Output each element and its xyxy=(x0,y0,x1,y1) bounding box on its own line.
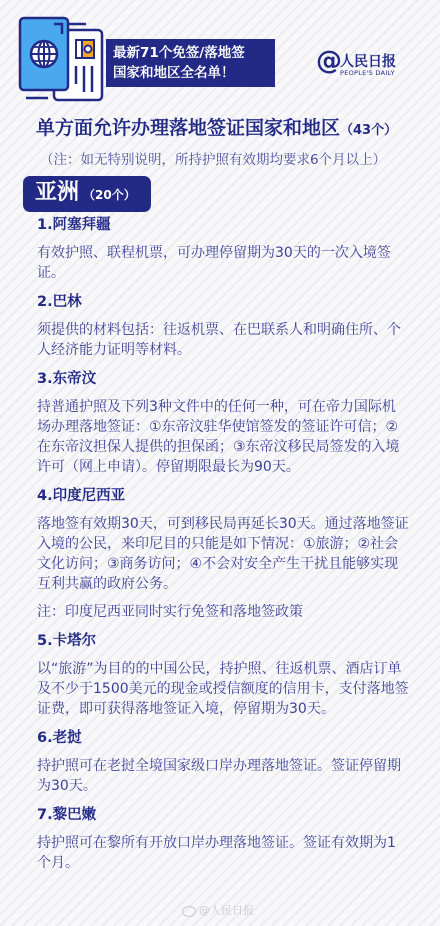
list-item: 2.巴林 须提供的材料包括：往返机票、在巴联系人和明确住所、个人经济能力证明等材… xyxy=(37,291,409,360)
banner-line-2: 国家和地区全名单！ xyxy=(113,63,275,83)
country-title: 3.东帝汶 xyxy=(37,368,409,390)
country-description: 持护照可在老挝全境国家级口岸办理落地签证。签证停留期为30天。 xyxy=(37,756,409,796)
page-title-count: （43个） xyxy=(340,123,397,138)
country-title: 2.巴林 xyxy=(37,291,409,313)
country-title: 4.印度尼西亚 xyxy=(37,485,409,507)
country-description: 有效护照、联程机票，可办理停留期为30天的一次入境签证。 xyxy=(37,243,409,283)
region-name: 亚洲 xyxy=(35,180,79,205)
weibo-watermark: @人民日报 xyxy=(182,902,254,918)
passport-validity-note: （注：如无特别说明，所持护照有效期均要求6个月以上） xyxy=(40,148,386,168)
list-item: 6.老挝 持护照可在老挝全境国家级口岸办理落地签证。签证停留期为30天。 xyxy=(37,727,409,796)
page-title-text: 单方面允许办理落地签证国家和地区 xyxy=(36,117,340,139)
country-list: 1.阿塞拜疆 有效护照、联程机票，可办理停留期为30天的一次入境签证。 2.巴林… xyxy=(37,214,409,881)
list-item: 4.印度尼西亚 落地签有效期30天，可到移民局再延长30天。通过落地签证入境的公… xyxy=(37,485,409,622)
header: 最新71个免签/落地签 国家和地区全名单！ @ 人民日报 PEOPLE'S DA… xyxy=(0,0,440,105)
page-title: 单方面允许办理落地签证国家和地区（43个） xyxy=(36,113,397,140)
list-item: 1.阿塞拜疆 有效护照、联程机票，可办理停留期为30天的一次入境签证。 xyxy=(37,214,409,283)
list-item: 7.黎巴嫩 持护照可在黎所有开放口岸办理落地签证。签证有效期为1个月。 xyxy=(37,804,409,873)
country-title: 6.老挝 xyxy=(37,727,409,749)
country-note: 注：印度尼西亚同时实行免签和落地签政策 xyxy=(37,602,409,622)
watermark-text: @人民日报 xyxy=(199,904,254,917)
country-description: 须提供的材料包括：往返机票、在巴联系人和明确住所、个人经济能力证明等材料。 xyxy=(37,320,409,360)
passport-visa-icon xyxy=(18,14,108,102)
logo-english-text: PEOPLE'S DAILY xyxy=(340,69,395,77)
country-title: 1.阿塞拜疆 xyxy=(37,214,409,236)
region-badge-asia: 亚洲（20个） xyxy=(23,176,151,212)
country-title: 7.黎巴嫩 xyxy=(37,804,409,826)
country-description: 持护照可在黎所有开放口岸办理落地签证。签证有效期为1个月。 xyxy=(37,833,409,873)
weibo-icon xyxy=(182,906,196,917)
country-description: 落地签有效期30天，可到移民局再延长30天。通过落地签证入境的公民，来印尼目的只… xyxy=(37,514,409,594)
region-count: （20个） xyxy=(83,188,136,202)
banner-line-1: 最新71个免签/落地签 xyxy=(113,43,275,63)
logo-chinese-text: 人民日报 xyxy=(340,51,396,71)
country-title: 5.卡塔尔 xyxy=(37,630,409,652)
list-item: 5.卡塔尔 以“旅游”为目的的中国公民，持护照、往返机票、酒店订单及不少于150… xyxy=(37,630,409,719)
country-description: 持普通护照及下列3种文件中的任何一种，可在帝力国际机场办理落地签证：①东帝汶驻华… xyxy=(37,397,409,477)
headline-banner: 最新71个免签/落地签 国家和地区全名单！ xyxy=(106,39,275,87)
country-description: 以“旅游”为目的的中国公民，持护照、往返机票、酒店订单及不少于1500美元的现金… xyxy=(37,659,409,719)
list-item: 3.东帝汶 持普通护照及下列3种文件中的任何一种，可在帝力国际机场办理落地签证：… xyxy=(37,368,409,477)
logo-at-icon: @ xyxy=(316,48,342,74)
peoples-daily-logo: @ 人民日报 PEOPLE'S DAILY xyxy=(316,48,416,78)
